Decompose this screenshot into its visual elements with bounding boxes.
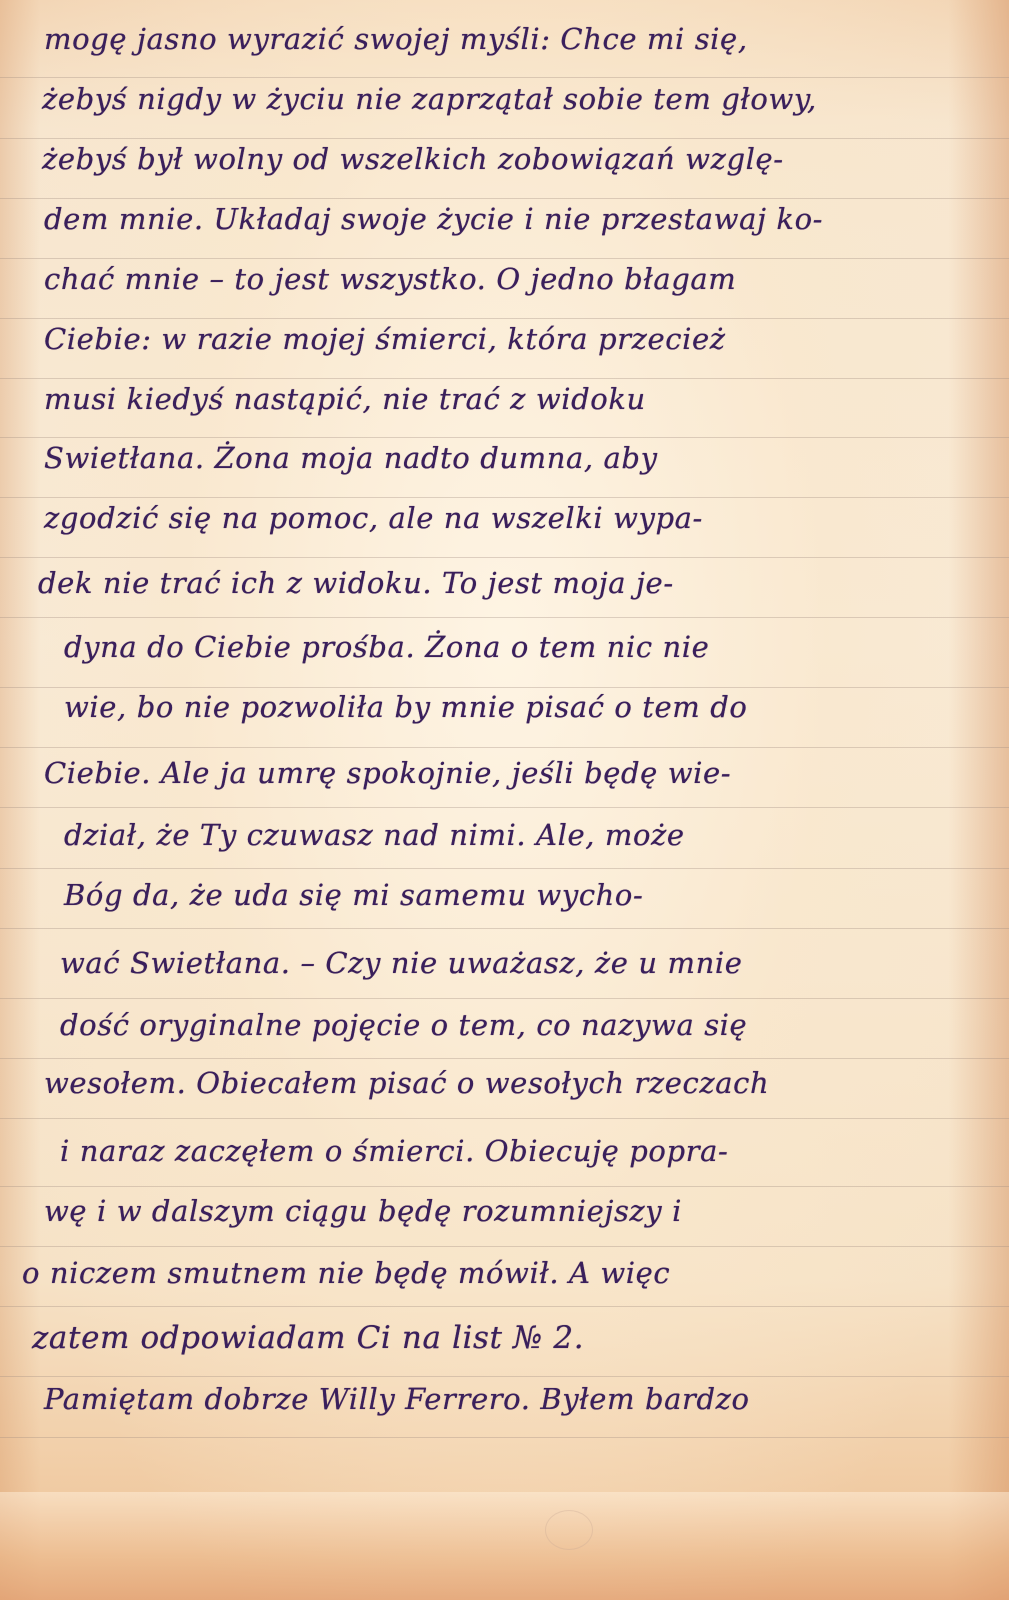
handwritten-line: wie, bo nie pozwoliła by mnie pisać o te… xyxy=(64,690,969,724)
ruled-line xyxy=(0,807,1009,808)
handwritten-line: wesołem. Obiecałem pisać o wesołych rzec… xyxy=(44,1066,969,1100)
handwritten-line: Ciebie. Ale ja umrę spokojnie, jeśli będ… xyxy=(44,756,969,790)
handwritten-line: Bóg da, że uda się mi samemu wycho- xyxy=(64,878,969,912)
handwritten-line: chać mnie – to jest wszystko. O jedno bł… xyxy=(44,262,969,296)
ruled-line xyxy=(0,437,1009,438)
ruled-line xyxy=(0,138,1009,139)
ruled-line xyxy=(0,1376,1009,1377)
ruled-line xyxy=(0,1118,1009,1119)
handwritten-line: dość oryginalne pojęcie o tem, co nazywa… xyxy=(60,1008,969,1042)
handwritten-line: dek nie trać ich z widoku. To jest moja … xyxy=(38,566,969,600)
ruled-line xyxy=(0,557,1009,558)
handwritten-line: żebyś nigdy w życiu nie zaprzątał sobie … xyxy=(42,82,969,116)
handwritten-line: żebyś był wolny od wszelkich zobowiązań … xyxy=(42,142,969,176)
ruled-line xyxy=(0,617,1009,618)
handwritten-line: Pamiętam dobrze Willy Ferrero. Byłem bar… xyxy=(44,1382,969,1416)
ruled-line xyxy=(0,868,1009,869)
handwritten-line: wę i w dalszym ciągu będę rozumniejszy i xyxy=(44,1194,969,1228)
handwritten-line: wać Swietłana. – Czy nie uważasz, że u m… xyxy=(60,946,969,980)
ruled-line xyxy=(0,1306,1009,1307)
ruled-line xyxy=(0,497,1009,498)
handwritten-line: zgodzić się na pomoc, ale na wszelki wyp… xyxy=(44,501,969,535)
letter-page: mogę jasno wyrazić swojej myśli: Chce mi… xyxy=(0,0,1009,1600)
ruled-line xyxy=(0,1058,1009,1059)
handwritten-line: Swietłana. Żona moja nadto dumna, aby xyxy=(44,441,969,475)
faint-stamp-mark xyxy=(545,1510,593,1550)
handwritten-line: o niczem smutnem nie będę mówił. A więc xyxy=(22,1256,969,1290)
ruled-line xyxy=(0,747,1009,748)
ruled-line xyxy=(0,1246,1009,1247)
handwritten-line: i naraz zaczęłem o śmierci. Obiecuję pop… xyxy=(60,1134,969,1168)
ruled-line xyxy=(0,198,1009,199)
handwritten-line: zatem odpowiadam Ci na list № 2. xyxy=(32,1320,969,1356)
ruled-line xyxy=(0,258,1009,259)
ruled-line xyxy=(0,687,1009,688)
handwritten-line: dyna do Ciebie prośba. Żona o tem nic ni… xyxy=(64,630,969,664)
handwritten-line: dem mnie. Układaj swoje życie i nie prze… xyxy=(44,202,969,236)
ruled-line xyxy=(0,1437,1009,1438)
ruled-line xyxy=(0,77,1009,78)
handwritten-line: musi kiedyś nastąpić, nie trać z widoku xyxy=(44,382,969,416)
ruled-line xyxy=(0,928,1009,929)
handwritten-line: mogę jasno wyrazić swojej myśli: Chce mi… xyxy=(44,22,969,56)
paper-fold-stain xyxy=(0,1492,1009,1600)
ruled-line xyxy=(0,998,1009,999)
ruled-line xyxy=(0,378,1009,379)
handwritten-line: dział, że Ty czuwasz nad nimi. Ale, może xyxy=(64,818,969,852)
handwritten-line: Ciebie: w razie mojej śmierci, która prz… xyxy=(44,322,969,356)
ruled-line xyxy=(0,318,1009,319)
ruled-line xyxy=(0,1186,1009,1187)
